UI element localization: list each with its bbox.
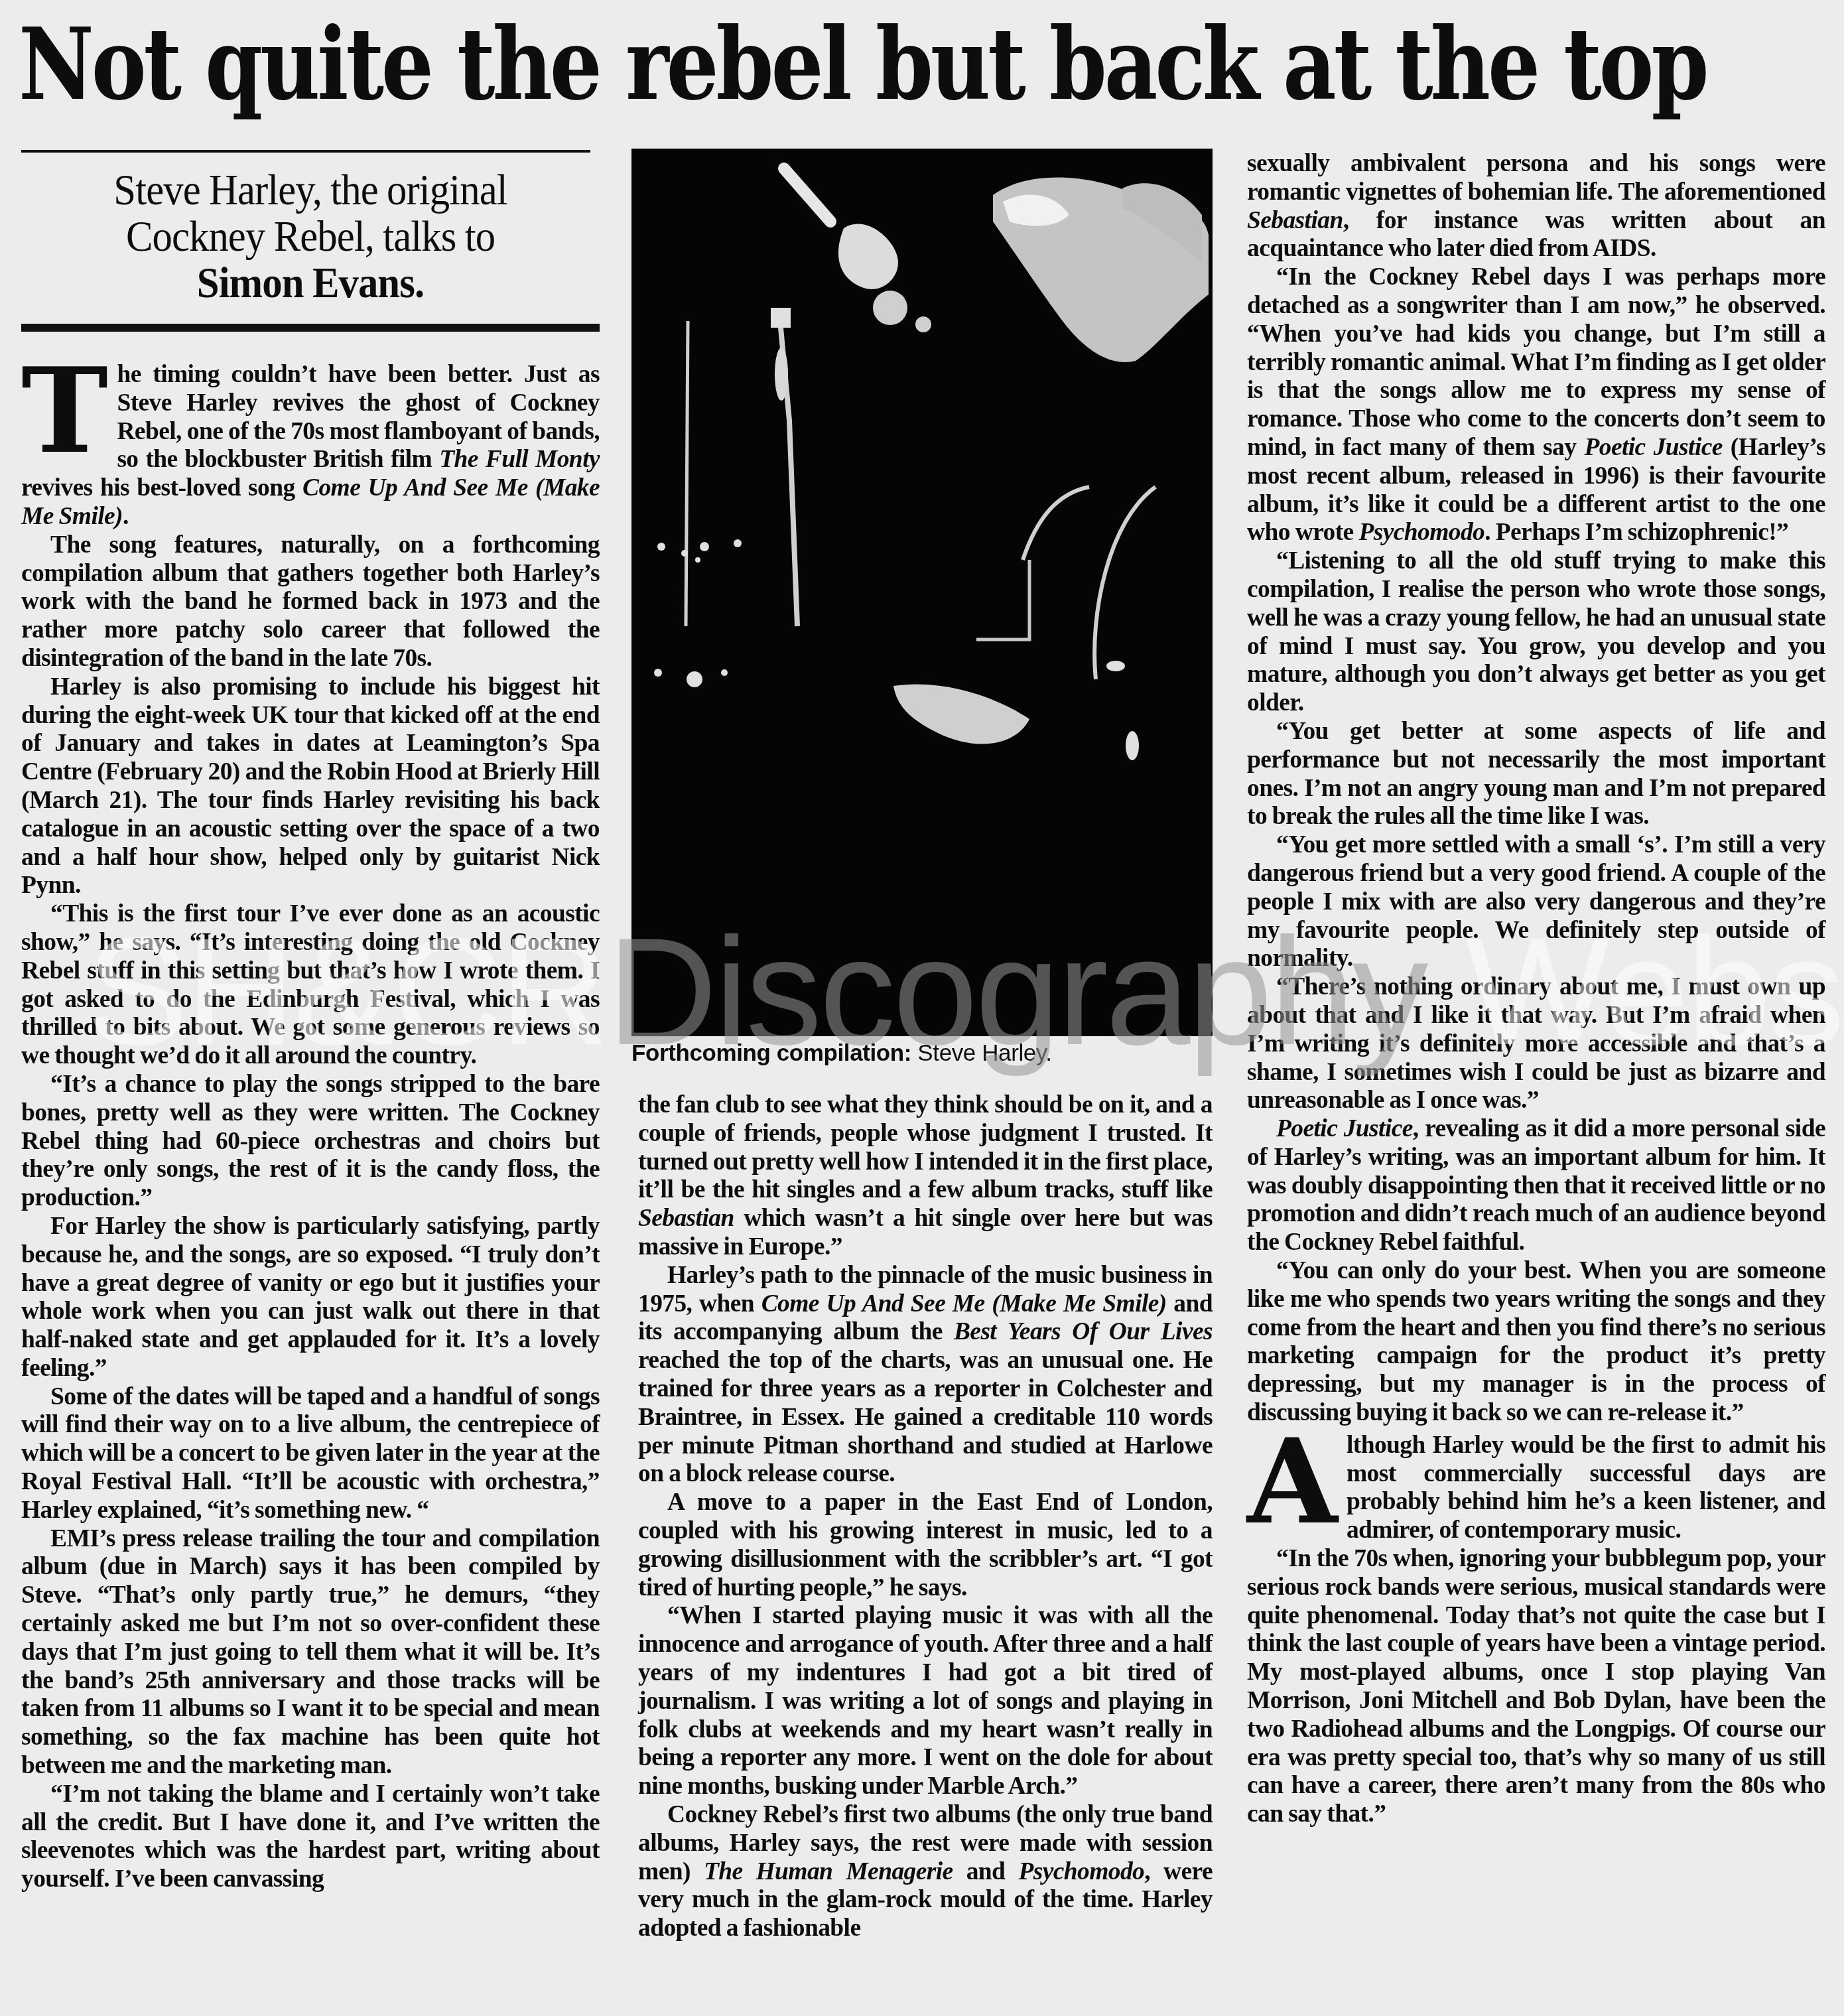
- caption-lead: Forthcoming compilation:: [631, 1040, 911, 1066]
- italic-title: Sebastian: [638, 1205, 734, 1232]
- italic-title: Best Years Of Our Lives: [954, 1318, 1213, 1345]
- paragraph: Some of the dates will be taped and a ha…: [21, 1383, 600, 1525]
- paragraph: The timing couldn’t have been better. Ju…: [21, 361, 600, 531]
- column-3: sexually ambivalent persona and his song…: [1247, 150, 1825, 1829]
- paragraph-text: lthough Harley would be the first to adm…: [1347, 1432, 1825, 1544]
- paragraph: “There’s nothing ordinary about me, I mu…: [1247, 973, 1825, 1115]
- italic-title: Poetic Justice: [1584, 434, 1722, 461]
- italic-title: The Human Menagerie: [704, 1858, 953, 1885]
- italic-title: Come Up And See Me (Make Me Smile): [21, 474, 600, 530]
- paragraph: Harley’s path to the pinnacle of the mus…: [638, 1262, 1213, 1489]
- paragraph: “This is the first tour I’ve ever done a…: [21, 900, 600, 1071]
- italic-title: Come Up And See Me (Make Me Smile): [761, 1290, 1167, 1317]
- column-2: the fan club to see what they think shou…: [638, 1091, 1213, 1943]
- paragraph: Harley is also promising to include his …: [21, 673, 600, 900]
- paragraph: “It’s a chance to play the songs strippe…: [21, 1071, 600, 1213]
- paragraph: Cockney Rebel’s first two albums (the on…: [638, 1801, 1213, 1943]
- byline: Simon Evans.: [44, 260, 576, 306]
- paragraph: The song features, naturally, on a forth…: [21, 531, 600, 673]
- paragraph: “In the 70s when, ignoring your bubblegu…: [1247, 1545, 1825, 1829]
- paragraph: “I’m not taking the blame and I certainl…: [21, 1781, 600, 1894]
- italic-title: Sebastian: [1247, 207, 1343, 234]
- standfirst-lead: Steve Harley, the original Cockney Rebel…: [113, 166, 507, 261]
- column-1: Steve Harley, the original Cockney Rebel…: [21, 150, 600, 1894]
- caption-subject: Steve Harley.: [911, 1040, 1052, 1066]
- italic-title: The Full Monty: [439, 446, 600, 473]
- performer-photo-illustration: [631, 149, 1213, 1036]
- standfirst: Steve Harley, the original Cockney Rebel…: [44, 153, 576, 324]
- drop-cap: T: [21, 361, 117, 458]
- paragraph: sexually ambivalent persona and his song…: [1247, 150, 1825, 263]
- headline: Not quite the rebel but back at the top: [19, 15, 1522, 114]
- paragraph: Poetic Justice, revealing as it did a mo…: [1247, 1115, 1825, 1257]
- photo-caption: Forthcoming compilation: Steve Harley.: [631, 1039, 1228, 1068]
- italic-title: Psychomodo: [1358, 519, 1484, 546]
- paragraph: Although Harley would be the first to ad…: [1247, 1432, 1825, 1545]
- paragraph: “When I started playing music it was wit…: [638, 1602, 1213, 1801]
- paragraph: “You can only do your best. When you are…: [1247, 1257, 1825, 1428]
- paragraph: “In the Cockney Rebel days I was perhaps…: [1247, 263, 1825, 547]
- photo-steve-harley: [631, 149, 1213, 1036]
- paragraph: “You get more settled with a small ‘s’. …: [1247, 831, 1825, 973]
- paragraph: For Harley the show is particularly sati…: [21, 1213, 600, 1383]
- italic-title: Poetic Justice: [1276, 1115, 1413, 1142]
- italic-title: Psychomodo: [1018, 1858, 1144, 1885]
- standfirst-bottom-rule: [21, 324, 600, 332]
- paragraph: EMI’s press release trailing the tour an…: [21, 1525, 600, 1781]
- drop-cap: A: [1247, 1432, 1347, 1528]
- paragraph: “Listening to all the old stuff trying t…: [1247, 547, 1825, 718]
- paragraph: A move to a paper in the East End of Lon…: [638, 1489, 1213, 1602]
- paragraph: “You get better at some aspects of life …: [1247, 718, 1825, 831]
- paragraph: the fan club to see what they think shou…: [638, 1091, 1213, 1262]
